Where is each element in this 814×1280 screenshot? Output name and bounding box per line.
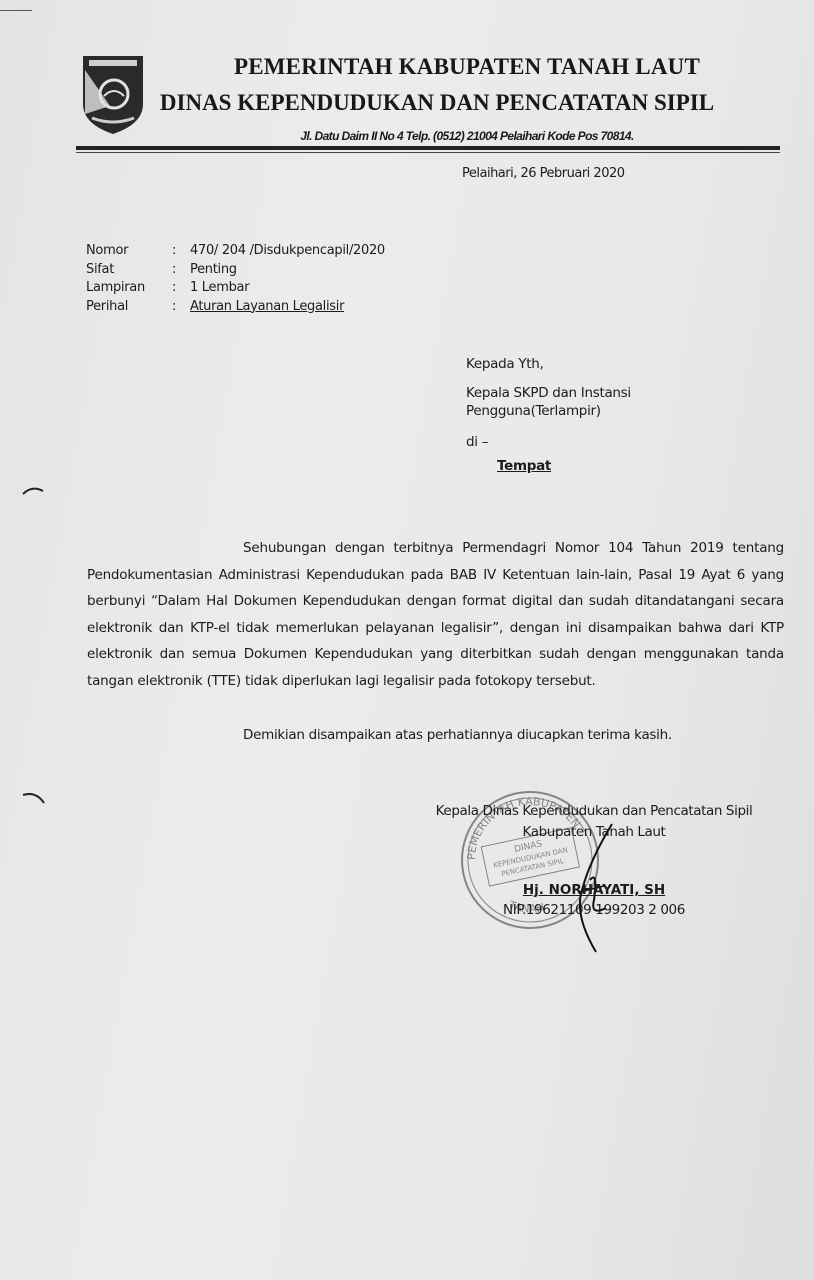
signatory-nip: NIP.19621109 199203 2 006 bbox=[404, 902, 784, 918]
meta-label: Lampiran bbox=[86, 279, 172, 298]
meta-label: Sifat bbox=[86, 261, 172, 280]
letterhead-rule-thin bbox=[76, 152, 780, 153]
letter-meta: Nomor : 470/ 204 /Disdukpencapil/2020 Si… bbox=[86, 242, 385, 316]
addressee-line: Kepala SKPD dan Instansi bbox=[466, 384, 631, 402]
addressee-greeting: Kepada Yth, bbox=[466, 356, 631, 377]
meta-label: Perihal bbox=[86, 298, 172, 317]
closing-line: Demikian disampaikan atas perhatiannya d… bbox=[243, 727, 672, 743]
meta-sep: : bbox=[172, 298, 190, 317]
meta-value: 470/ 204 /Disdukpencapil/2020 bbox=[190, 242, 385, 261]
meta-sep: : bbox=[172, 261, 190, 280]
punch-mark-icon bbox=[22, 480, 44, 490]
letterhead-government: PEMERINTAH KABUPATEN TANAH LAUT bbox=[0, 54, 814, 80]
punch-mark-icon bbox=[22, 790, 44, 800]
meta-value: Aturan Layanan Legalisir bbox=[190, 298, 344, 317]
addressee-place: Tempat bbox=[466, 458, 631, 479]
letter-body: Sehubungan dengan terbitnya Permendagri … bbox=[87, 535, 784, 695]
meta-perihal: Perihal : Aturan Layanan Legalisir bbox=[86, 298, 385, 317]
meta-sep: : bbox=[172, 279, 190, 298]
scan-edge-mark bbox=[0, 10, 32, 11]
letterhead-rule bbox=[76, 146, 780, 150]
addressee-di: di – bbox=[466, 434, 631, 455]
signature-title-line1: Kepala Dinas Kependudukan dan Pencatatan… bbox=[404, 801, 784, 822]
meta-sep: : bbox=[172, 242, 190, 261]
meta-nomor: Nomor : 470/ 204 /Disdukpencapil/2020 bbox=[86, 242, 385, 261]
meta-lampiran: Lampiran : 1 Lembar bbox=[86, 279, 385, 298]
signatory-name: Hj. NORHAYATI, SH bbox=[404, 882, 784, 898]
letter-date: Pelaihari, 26 Pebruari 2020 bbox=[462, 166, 625, 181]
addressee-line: Pengguna(Terlampir) bbox=[466, 402, 631, 420]
meta-sifat: Sifat : Penting bbox=[86, 261, 385, 280]
body-paragraph: Sehubungan dengan terbitnya Permendagri … bbox=[87, 535, 784, 695]
addressee-block: Kepada Yth, Kepala SKPD dan Instansi Pen… bbox=[466, 356, 631, 479]
meta-value: Penting bbox=[190, 261, 237, 280]
letterhead-agency: DINAS KEPENDUDUKAN DAN PENCATATAN SIPIL bbox=[0, 90, 814, 116]
letterhead-address: Jl. Datu Daim II No 4 Telp. (0512) 21004… bbox=[0, 129, 814, 143]
meta-value: 1 Lembar bbox=[190, 279, 249, 298]
meta-label: Nomor bbox=[86, 242, 172, 261]
